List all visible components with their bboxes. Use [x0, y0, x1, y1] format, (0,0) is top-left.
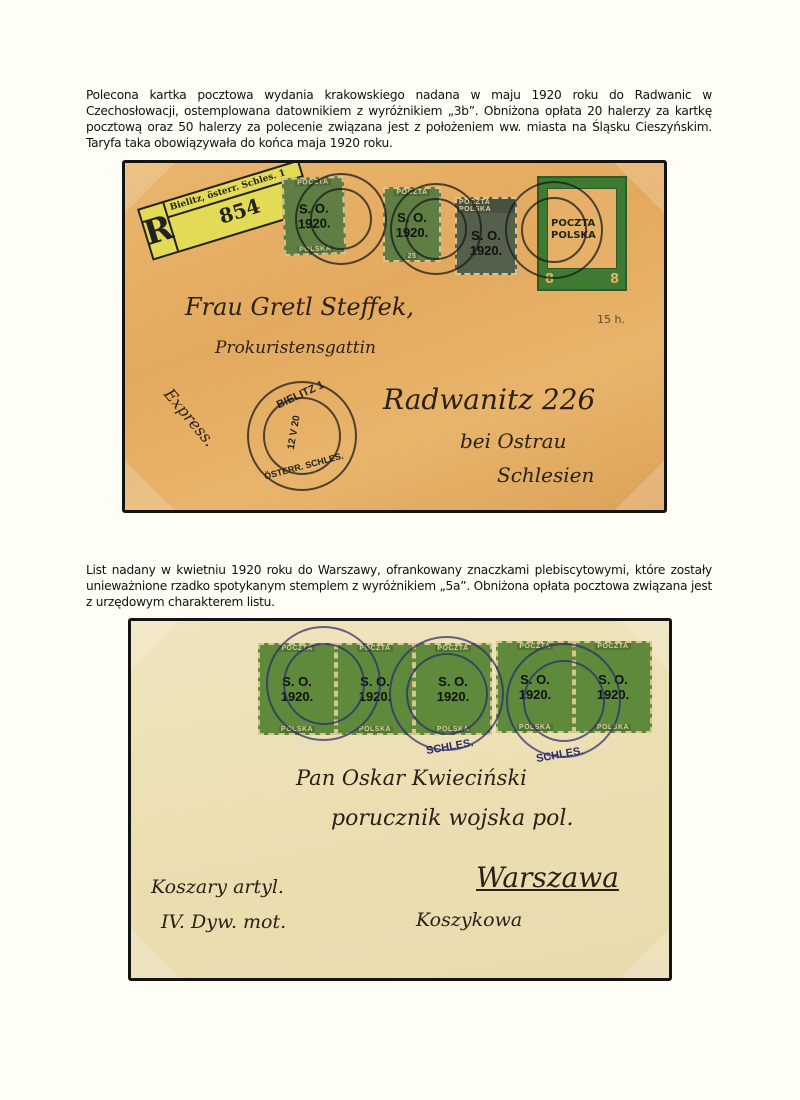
photo-corner: [620, 929, 672, 981]
stamp-bottom-text: POLSKA: [357, 726, 393, 733]
photo-corner: [615, 461, 667, 513]
photo-corner: [122, 461, 174, 513]
photo-corner: [128, 929, 180, 981]
description-card-1: Polecona kartka pocztowa wydania krakows…: [86, 87, 712, 151]
description-text: Polecona kartka pocztowa wydania krakows…: [86, 87, 712, 151]
sender-line: Koszary artyl.: [151, 876, 284, 898]
express-note: Express.: [160, 385, 219, 451]
address-line: Koszykowa: [416, 909, 522, 931]
sender-line: IV. Dyw. mot.: [161, 911, 286, 933]
address-line: Prokuristensgattin: [215, 338, 376, 358]
address-line: Pan Oskar Kwieciński: [296, 766, 527, 790]
photo-corner: [128, 618, 180, 670]
address-line: Schlesien: [497, 463, 594, 487]
imprint-value-right: 8: [610, 272, 619, 287]
postmark: [295, 173, 387, 265]
registered-postal-card: R Bielitz, österr. Schles. 1 854 POCZTA …: [122, 160, 667, 513]
address-line: Warszawa: [476, 861, 619, 894]
postmark: [266, 626, 381, 741]
postmark: [390, 183, 482, 275]
address-line: bei Ostrau: [460, 429, 566, 453]
description-text: List nadany w kwietniu 1920 roku do Wars…: [86, 562, 712, 610]
postmark: [506, 643, 621, 758]
description-card-2: List nadany w kwietniu 1920 roku do Wars…: [86, 562, 712, 610]
address-line: Frau Gretl Steffek,: [185, 293, 414, 321]
address-line: Radwanitz 226: [383, 383, 595, 416]
address-line: porucznik wojska pol.: [331, 806, 573, 831]
stamp-top-text: POCZTA: [595, 643, 630, 650]
cover-envelope: POCZTA S. O.1920. POLSKA POCZTA S. O.192…: [128, 618, 672, 981]
postmark: [505, 181, 603, 279]
surcharge-text: 15 h.: [597, 313, 625, 326]
postmark: [389, 636, 504, 751]
